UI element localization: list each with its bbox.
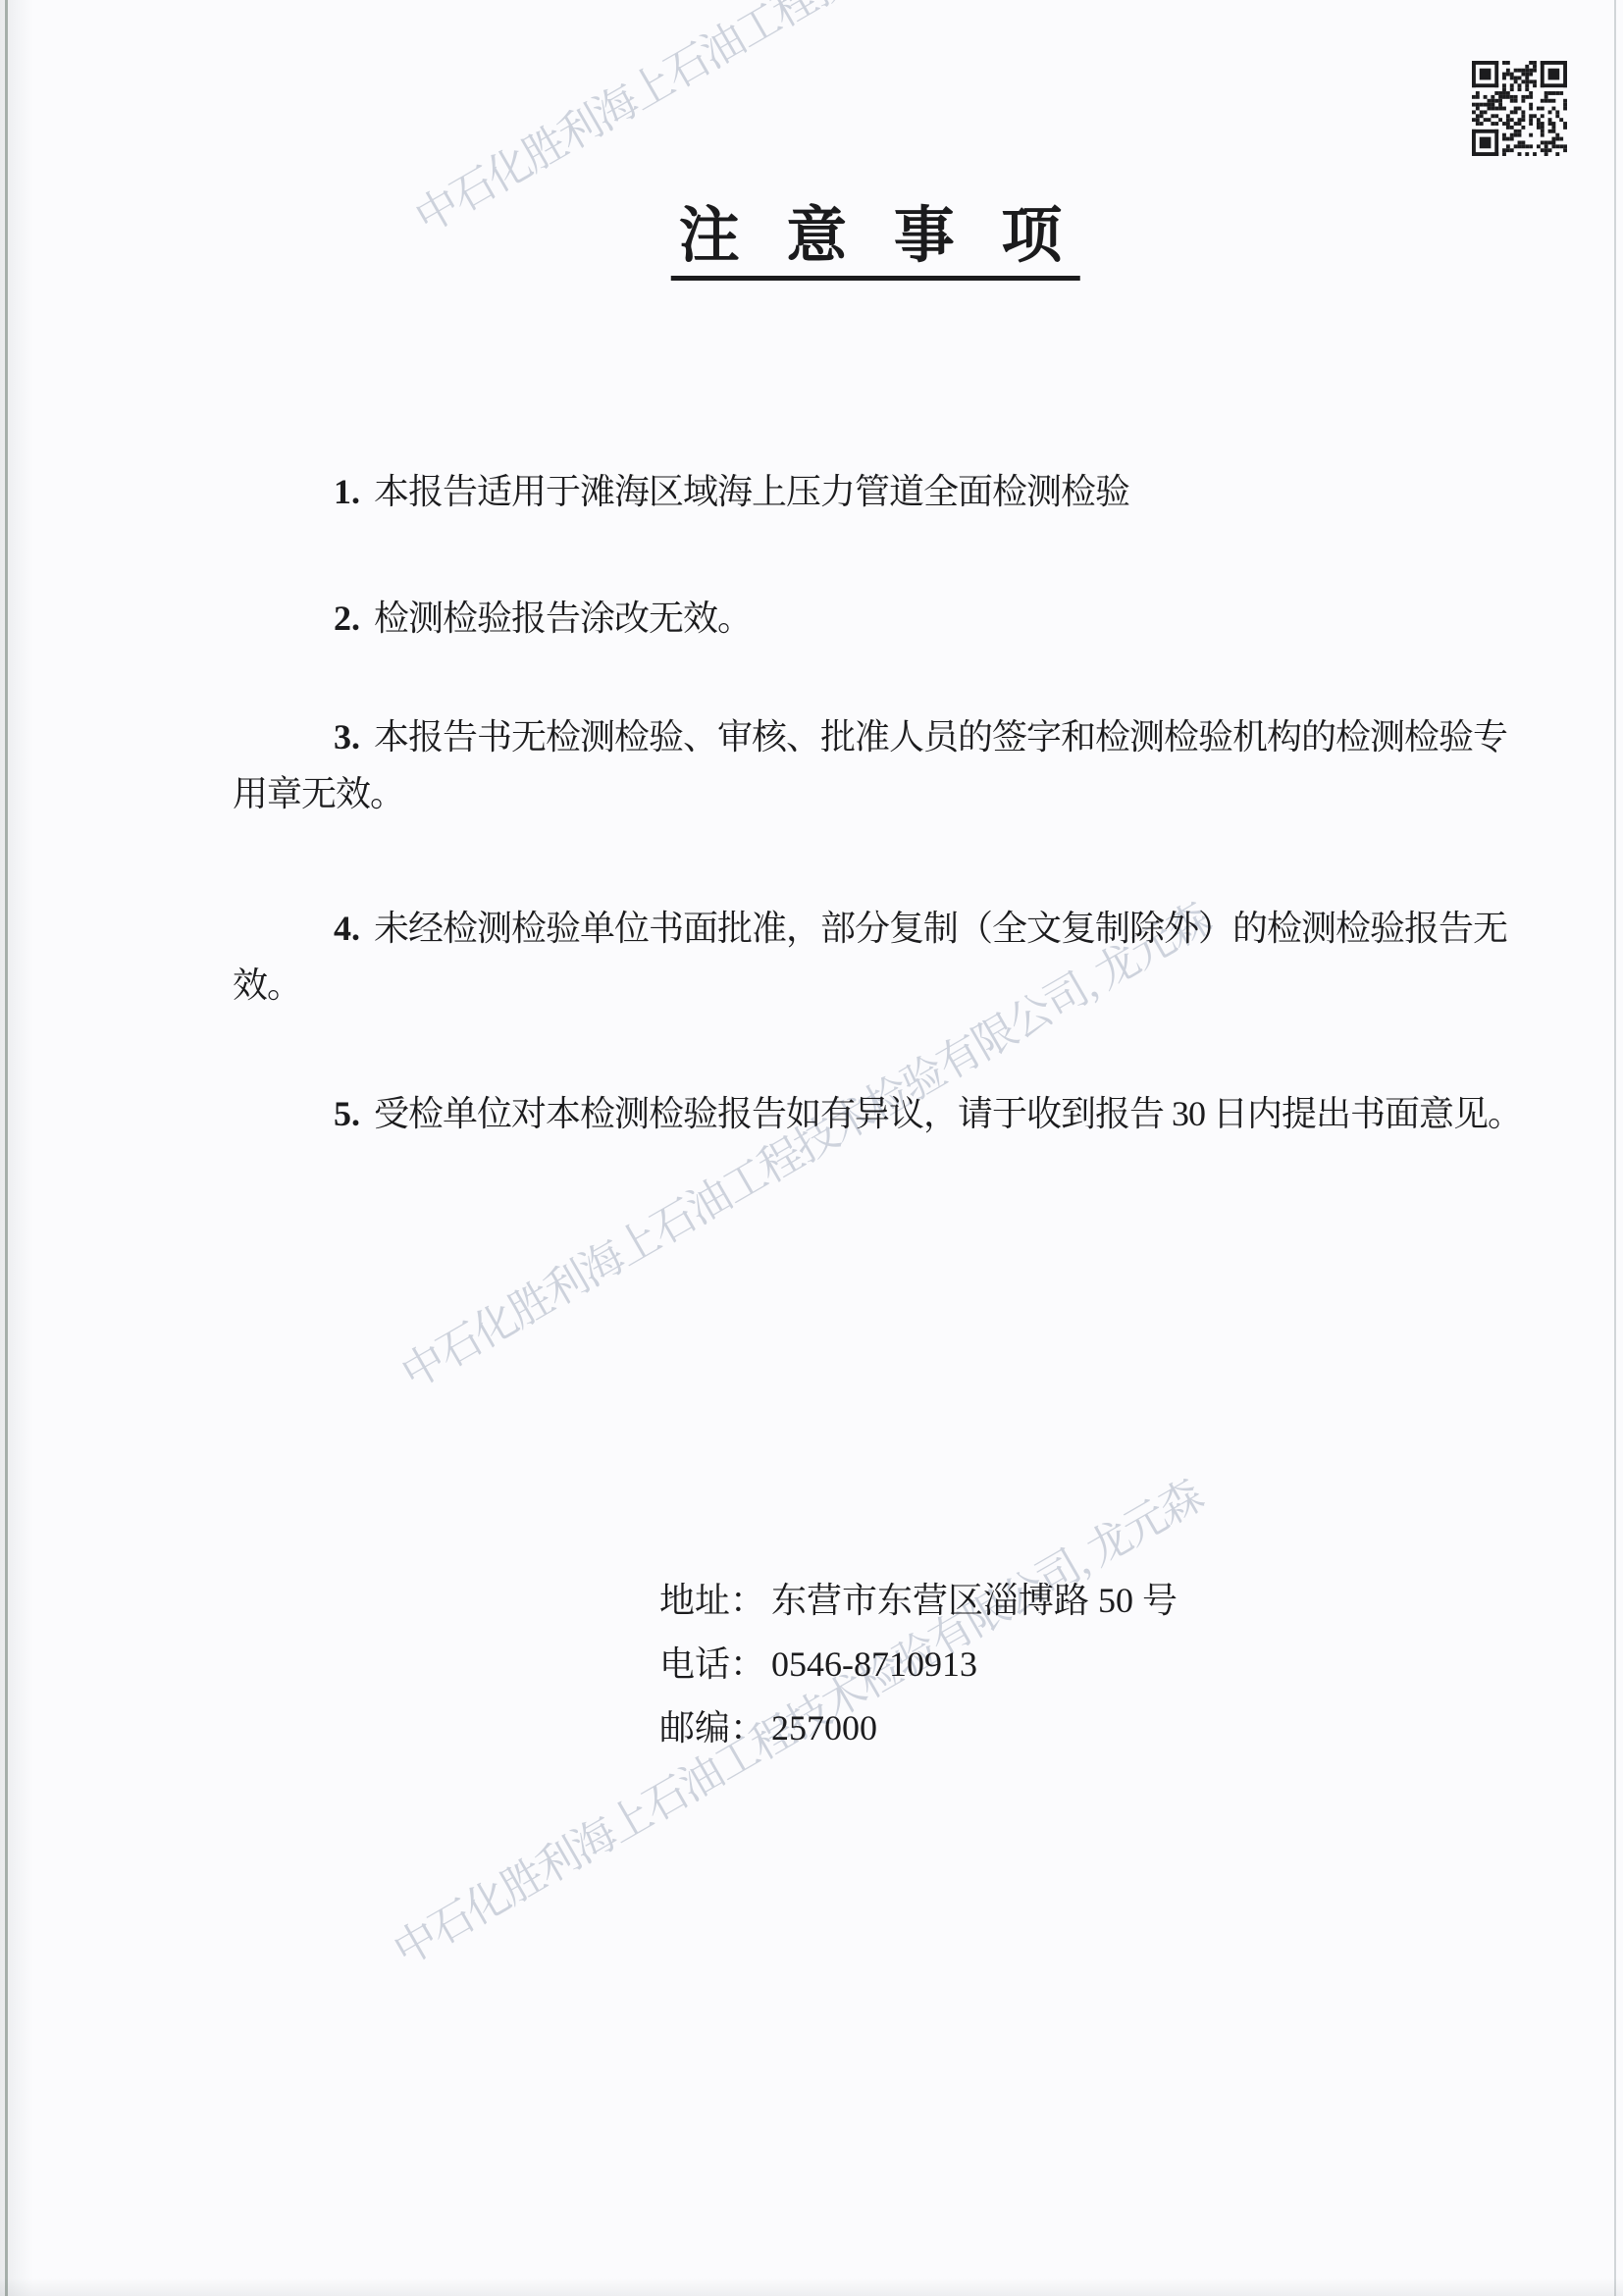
contact-postcode-line: 邮编：257000 [659,1705,877,1750]
note-number: 2. [334,599,360,638]
note-item-2: 2.检测检验报告涂改无效。 [334,596,752,641]
scan-bottom-edge-shade [0,2278,1623,2296]
note-item-3-continuation: 用章无效。 [233,771,404,816]
note-item-5: 5.受检单位对本检测检验报告如有异议，请于收到报告 30 日内提出书面意见。 [334,1091,1522,1136]
note-number: 4. [334,909,360,948]
note-text: 效。 [233,965,301,1005]
page-title: 注 意 事 项 [671,206,1080,281]
note-text: 本报告适用于滩海区域海上压力管道全面检测检验 [374,472,1129,511]
note-number: 5. [334,1094,360,1133]
phone-label: 电话： [659,1644,765,1684]
note-item-3: 3.本报告书无检测检验、审核、批准人员的签字和检测检验机构的检测检验专 [334,714,1507,759]
note-item-4: 4.未经检测检验单位书面批准，部分复制（全文复制除外）的检测检验报告无 [334,906,1507,951]
note-text: 受检单位对本检测检验报告如有异议，请于收到报告 30 日内提出书面意见。 [374,1094,1522,1133]
qr-code [1472,61,1567,156]
postcode-value: 257000 [771,1708,877,1748]
note-text: 用章无效。 [233,774,404,813]
contact-phone-line: 电话：0546-8710913 [659,1642,977,1687]
note-text: 本报告书无检测检验、审核、批准人员的签字和检测检验机构的检测检验专 [374,717,1507,757]
note-item-1: 1.本报告适用于滩海区域海上压力管道全面检测检验 [334,469,1129,514]
postcode-label: 邮编： [659,1708,765,1748]
phone-value: 0546-8710913 [771,1644,977,1684]
scan-left-edge-line [5,0,8,2296]
note-number: 3. [334,717,360,757]
note-item-4-continuation: 效。 [233,963,301,1008]
note-text: 未经检测检验单位书面批准，部分复制（全文复制除外）的检测检验报告无 [374,909,1507,948]
address-label: 地址： [659,1581,765,1620]
company-watermark: 中石化胜利海上石油工程技术检验有限公司, 龙元森 [388,884,1220,1400]
note-number: 1. [334,472,360,511]
note-text: 检测检验报告涂改无效。 [374,599,752,638]
document-page: 中石化胜利海上石油工程技术检验有限公司, 龙元森 中石化胜利海上石油工程技术检验… [0,0,1623,2296]
contact-address-line: 地址：东营市东营区淄博路 50 号 [659,1578,1178,1623]
scan-right-edge-line [1614,0,1616,2296]
address-value: 东营市东营区淄博路 50 号 [771,1581,1178,1620]
